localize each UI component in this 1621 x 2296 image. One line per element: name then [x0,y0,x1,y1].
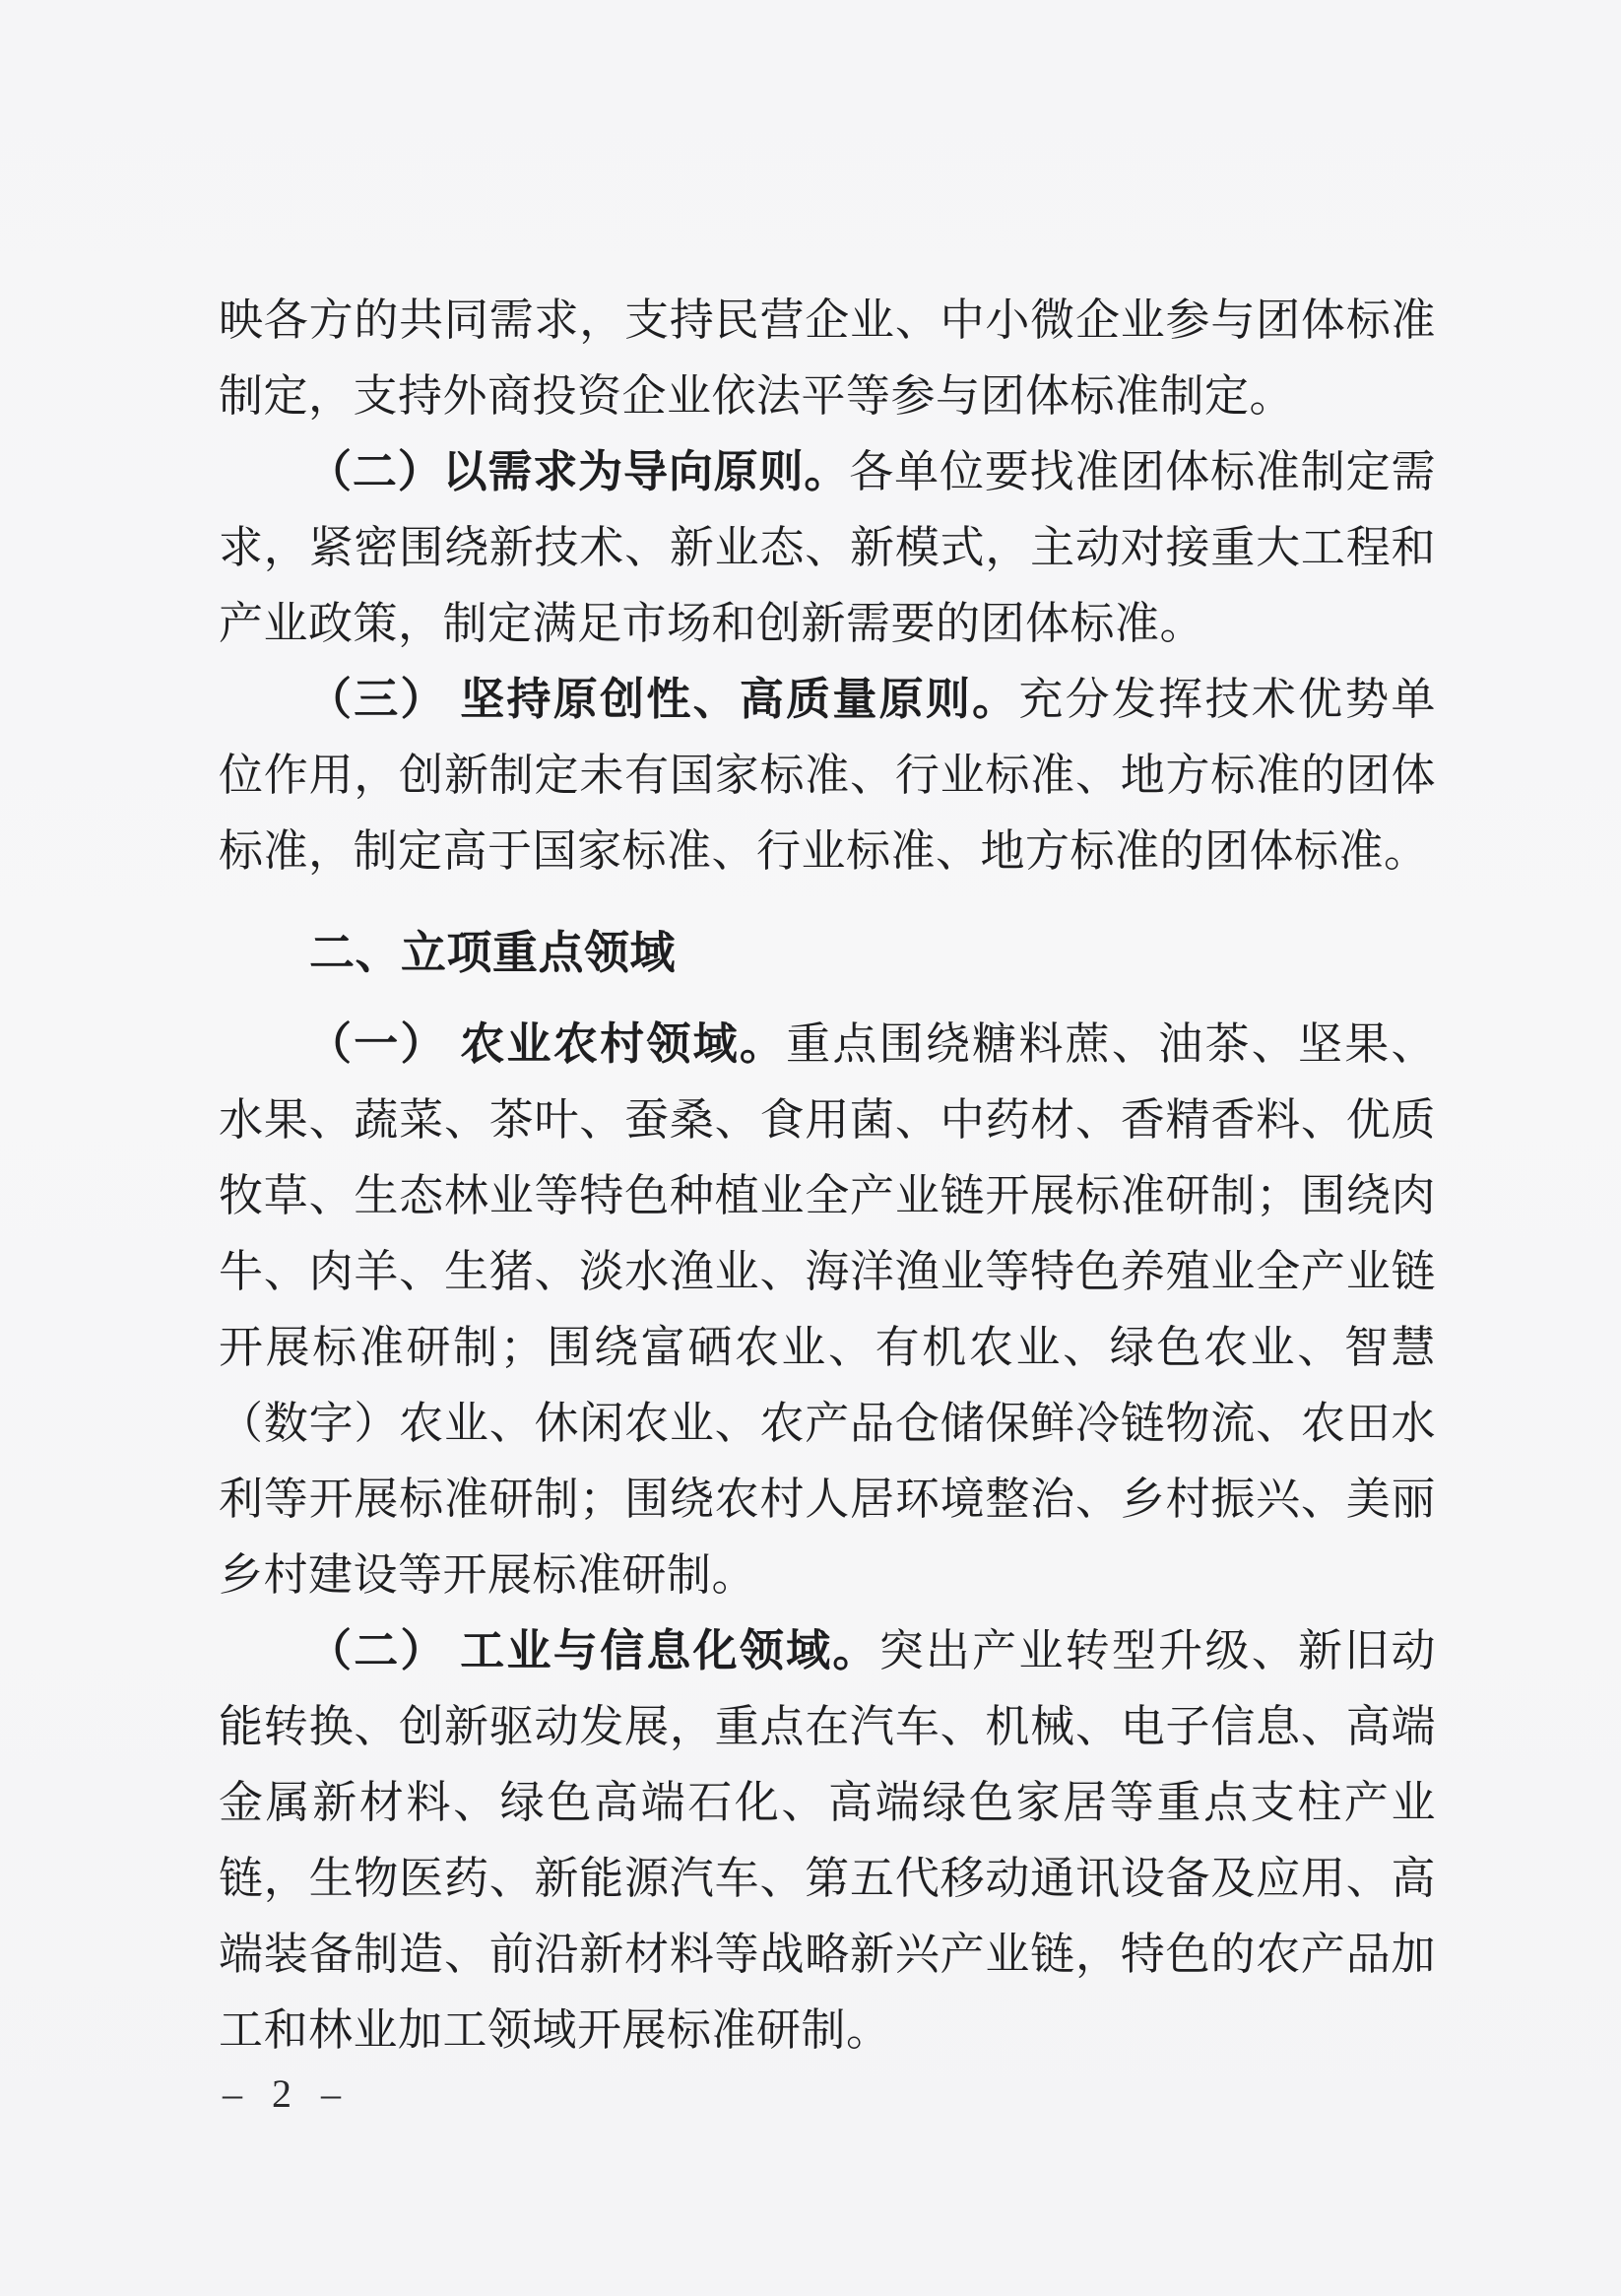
paragraph-lead: （二） 工业与信息化领域。 [307,1626,879,1675]
paragraph-industry: （二） 工业与信息化领域。突出产业转型升级、新旧动能转换、创新驱动发展，重点在汽… [219,1613,1436,2068]
document-page: 映各方的共同需求，支持民营企业、中小微企业参与团体标准制定，支持外商投资企业依法… [0,0,1621,2296]
paragraph-lead: （一） 农业农村领域。 [307,1019,786,1069]
paragraph-principle-2: （二）以需求为导向原则。各单位要找准团体标准制定需求，紧密围绕新技术、新业态、新… [219,434,1436,662]
paragraph-agriculture: （一） 农业农村领域。重点围绕糖料蔗、油茶、坚果、水果、蔬菜、茶叶、蚕桑、食用菌… [219,1007,1436,1613]
paragraph-text: 映各方的共同需求，支持民营企业、中小微企业参与团体标准制定，支持外商投资企业依法… [219,295,1436,421]
paragraph-continuation: 映各方的共同需求，支持民营企业、中小微企业参与团体标准制定，支持外商投资企业依法… [219,283,1436,434]
paragraph-lead: （三） 坚持原创性、高质量原则。 [307,675,1018,724]
paragraph-text: 重点围绕糖料蔗、油茶、坚果、水果、蔬菜、茶叶、蚕桑、食用菌、中药材、香精香料、优… [219,1019,1436,1600]
document-body: 映各方的共同需求，支持民营企业、中小微企业参与团体标准制定，支持外商投资企业依法… [219,283,1436,2068]
paragraph-principle-3: （三） 坚持原创性、高质量原则。充分发挥技术优势单位作用，创新制定未有国家标准、… [219,662,1436,889]
page-number-label: – 2 – [223,2070,351,2118]
paragraph-lead: （二）以需求为导向原则。 [307,447,849,496]
section-heading: 二、立项重点领域 [219,915,1436,991]
paragraph-text: 突出产业转型升级、新旧动能转换、创新驱动发展，重点在汽车、机械、电子信息、高端金… [219,1626,1436,2055]
